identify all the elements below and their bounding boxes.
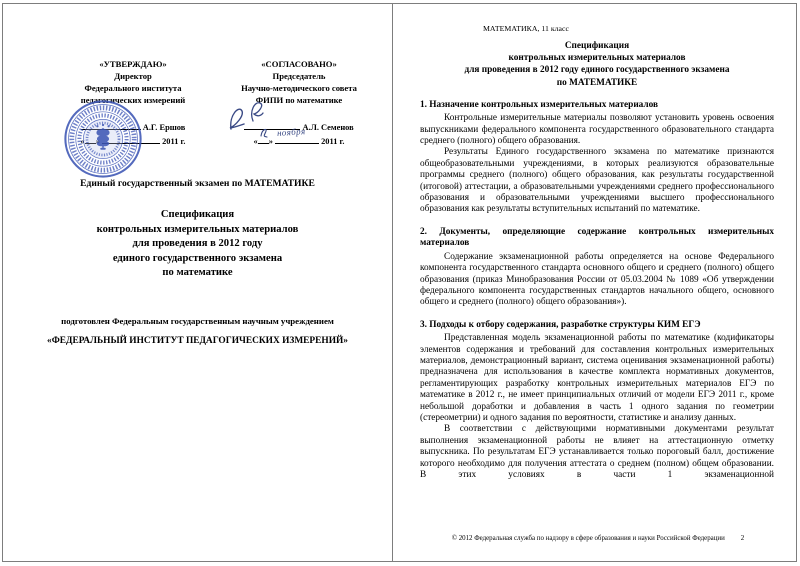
approve-title: «УТВЕРЖДАЮ»	[33, 58, 233, 70]
page2-title-line: Спецификация	[420, 40, 774, 52]
document-viewer: «УТВЕРЖДАЮ» Директор Федерального инстит…	[0, 0, 800, 566]
page-footer: © 2012 Федеральная служба по надзору в с…	[420, 535, 776, 542]
main-title-line: Спецификация	[3, 208, 392, 223]
page2-title-line: контрольных измерительных материалов	[420, 52, 774, 64]
two-page-spread: «УТВЕРЖДАЮ» Директор Федерального инстит…	[2, 3, 797, 562]
section-3-heading: 3. Подходы к отбору содержания, разработ…	[420, 320, 774, 331]
paragraph: Результаты Единого государственного экза…	[420, 147, 774, 215]
page2-title: Спецификация контрольных измерительных м…	[420, 40, 774, 89]
page-number: 2	[741, 535, 744, 542]
paragraph: Контрольные измерительные материалы позв…	[420, 113, 774, 147]
approve-year: 2011 г.	[162, 137, 185, 146]
exam-name-line: Единый государственный экзамен по МАТЕМА…	[3, 178, 392, 189]
section-2-heading: 2. Документы, определяющие содержание ко…	[420, 227, 774, 250]
section-1-heading: 1. Назначение контрольных измерительных …	[420, 100, 774, 111]
paragraph: Содержание экзаменационной работы опреде…	[420, 252, 774, 309]
running-header: МАТЕМАТИКА, 11 класс	[483, 24, 774, 33]
quote-mark: »	[269, 137, 273, 146]
approve-role-line: Федерального института	[33, 82, 233, 94]
agree-role-line: Председатель	[213, 70, 385, 82]
prepared-by-institute: «ФЕДЕРАЛЬНЫЙ ИНСТИТУТ ПЕДАГОГИЧЕСКИХ ИЗМ…	[3, 336, 392, 346]
approve-signer-name: А.Г. Ершов	[143, 123, 186, 132]
day-line	[258, 135, 269, 144]
handwritten-month: ноября	[277, 125, 306, 140]
paragraph: В соответствии с действующими нормативны…	[420, 424, 774, 481]
agree-year: 2011 г.	[321, 137, 344, 146]
page2-title-line: для проведения в 2012 году единого госуд…	[420, 64, 774, 76]
agree-title: «СОГЛАСОВАНО»	[213, 58, 385, 70]
official-seal-icon	[61, 99, 145, 179]
page2-title-line: по МАТЕМАТИКЕ	[420, 77, 774, 89]
main-title-line: единого государственного экзамена	[3, 252, 392, 267]
document-main-title: Спецификация контрольных измерительных м…	[3, 208, 392, 281]
month-line: ноября	[275, 135, 319, 144]
agree-role-line: Научно-методического совета	[213, 82, 385, 94]
signature-scribble-icon	[227, 99, 269, 133]
page-2-content: МАТЕМАТИКА, 11 класс Спецификация контро…	[393, 4, 796, 561]
main-title-line: контрольных измерительных материалов	[3, 223, 392, 238]
main-title-line: по математике	[3, 266, 392, 281]
prepared-by-line: подготовлен Федеральным государственным …	[3, 316, 392, 326]
agree-date-row: «» ноября 2011 г.	[213, 135, 385, 149]
page-title-sheet: «УТВЕРЖДАЮ» Директор Федерального инстит…	[3, 4, 393, 561]
footer-copyright: © 2012 Федеральная служба по надзору в с…	[452, 535, 725, 542]
approve-role-line: Директор	[33, 70, 233, 82]
main-title-line: для проведения в 2012 году	[3, 237, 392, 252]
paragraph: Представленная модель экзаменационной ра…	[420, 333, 774, 424]
agree-signer-name: А.Л. Семенов	[302, 123, 353, 132]
